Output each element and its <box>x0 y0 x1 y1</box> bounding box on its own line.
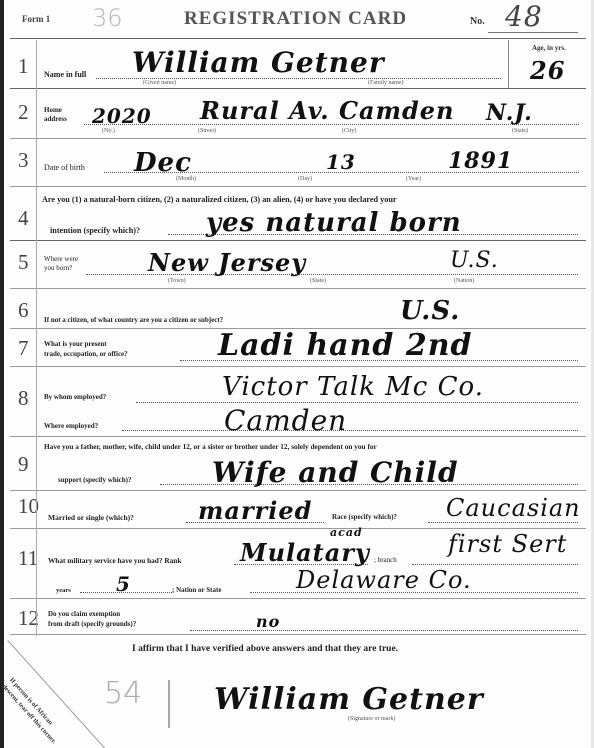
q11-rank-value: Mulatary <box>240 538 370 567</box>
q11-years-label: years <box>56 586 71 595</box>
q8-where-line <box>122 430 578 431</box>
q11-branch-line <box>412 564 578 565</box>
q5-label-line1: Where were <box>44 255 78 264</box>
q7-number: 7 <box>18 336 29 361</box>
q11-years-value: 5 <box>116 572 131 596</box>
q2-number-value: 2020 <box>92 104 152 128</box>
q11-branch-label: ; branch <box>374 556 397 565</box>
divider <box>10 598 586 599</box>
q4-number: 4 <box>18 206 29 231</box>
q7-value: Ladi hand 2nd <box>218 328 473 363</box>
divider <box>10 634 586 635</box>
q9-number: 9 <box>18 452 29 477</box>
q12-label-line2: from draft (specify grounds)? <box>48 620 136 629</box>
q8-employer-line <box>136 402 578 403</box>
divider <box>10 366 586 367</box>
q9-question-line2: support (specify which)? <box>58 476 132 485</box>
q3-year-value: 1891 <box>448 148 513 174</box>
number-column-rule <box>36 40 37 636</box>
signature-caption: (Signature or mark) <box>348 716 395 722</box>
q1-name-value: William Getner <box>132 46 385 79</box>
q5-caption-town: (Town) <box>168 278 186 284</box>
pencil-number: 54 <box>104 676 142 711</box>
registration-card: Form 1 36 REGISTRATION CARD No. 48 1 Nam… <box>0 0 594 748</box>
q3-caption-month: (Month) <box>176 176 196 182</box>
q2-state-value: N.J. <box>486 100 533 126</box>
q2-street-city-value: Rural Av. Camden <box>200 96 455 125</box>
q5-nation-value: U.S. <box>450 248 499 273</box>
q8-where-label: Where employed? <box>44 422 98 431</box>
q8-number: 8 <box>18 386 29 411</box>
q2-caption-state: (State) <box>512 128 528 134</box>
signature: William Getner <box>214 682 484 717</box>
q2-label-line2: address <box>44 115 67 124</box>
card-number: 48 <box>505 0 543 33</box>
q11-nation-value: Delaware Co. <box>296 566 472 594</box>
q12-line <box>190 630 578 631</box>
q9-value: Wife and Child <box>212 456 459 489</box>
scan-edge <box>0 0 4 748</box>
q11-branch-value: first Sert <box>448 530 567 558</box>
q3-caption-year: (Year) <box>406 176 421 182</box>
q3-day-value: 13 <box>326 150 356 174</box>
q12-value: no <box>256 612 280 631</box>
q3-number: 3 <box>18 148 29 173</box>
q11-nation-label: ; Nation or State <box>172 586 221 595</box>
q3-label: Date of birth <box>44 163 85 172</box>
form-label: Form 1 <box>22 14 50 24</box>
q2-caption-street: (Street) <box>198 128 216 134</box>
q5-caption-state: (State) <box>310 278 326 284</box>
q10-marital-label: Married or single (which)? <box>48 513 134 522</box>
q5-town-value: New Jersey <box>148 248 306 277</box>
affirmation-text: I affirm that I have verified above answ… <box>132 644 398 654</box>
age-value: 26 <box>530 56 565 85</box>
q1-family-caption: (Family name) <box>368 80 404 86</box>
divider <box>10 88 586 89</box>
q5-caption-nation: (Nation) <box>454 278 474 284</box>
q6-question: If not a citizen, of what country are yo… <box>44 316 223 325</box>
age-label: Age, in yrs. <box>532 44 566 52</box>
q1-given-caption: (Given name) <box>143 80 176 86</box>
q9-question-line1: Have you a father, mother, wife, child u… <box>44 442 377 451</box>
divider <box>10 528 586 529</box>
q6-number: 6 <box>18 298 29 323</box>
q6-value: U.S. <box>400 296 460 326</box>
q5-label-line2: you born? <box>44 264 72 273</box>
q8-employer-label: By whom employed? <box>44 393 106 402</box>
pencil-mark: 36 <box>92 4 123 32</box>
divider <box>10 138 586 139</box>
q10-race-line <box>428 522 578 523</box>
age-box <box>508 40 509 88</box>
number-label: No. <box>470 16 485 27</box>
q4-question-line1: Are you (1) a natural-born citizen, (2) … <box>42 195 397 204</box>
divider <box>10 240 586 241</box>
divider <box>10 38 586 39</box>
q4-value: yes natural born <box>206 208 462 238</box>
pencil-bar <box>168 680 170 728</box>
q4-question-line2: intention (specify which)? <box>50 226 140 235</box>
q10-marital-value: married <box>198 496 312 525</box>
q3-month-value: Dec <box>134 148 192 178</box>
q2-caption-no: (No.) <box>102 128 115 134</box>
q10-race-value: Caucasian <box>446 494 581 522</box>
divider <box>10 436 586 437</box>
q2-caption-city: (City) <box>342 128 356 134</box>
q1-label: Name in full <box>44 70 86 79</box>
q2-number: 2 <box>18 100 29 125</box>
q8-where-value: Camden <box>224 404 347 437</box>
q11-rank-superscript: acad <box>330 526 363 539</box>
q7-label-line1: What is your present <box>44 340 107 349</box>
card-title: REGISTRATION CARD <box>184 8 407 30</box>
q5-number: 5 <box>18 250 29 275</box>
divider <box>10 490 586 491</box>
q7-label-line2: trade, occupation, or office? <box>44 350 128 359</box>
q2-label-line1: Home <box>44 106 62 115</box>
q1-number: 1 <box>18 54 29 79</box>
q3-caption-day: (Day) <box>298 176 312 182</box>
q10-race-label: Race (specify which)? <box>332 513 397 522</box>
q12-label-line1: Do you claim exemption <box>48 610 120 619</box>
q11-service-label: What military service have you had? Rank <box>48 556 181 565</box>
divider <box>10 288 586 289</box>
q8-employer-value: Victor Talk Mc Co. <box>222 372 484 402</box>
tear-off-instruction: If person is of African descent, tear of… <box>0 676 68 748</box>
divider <box>10 186 586 187</box>
